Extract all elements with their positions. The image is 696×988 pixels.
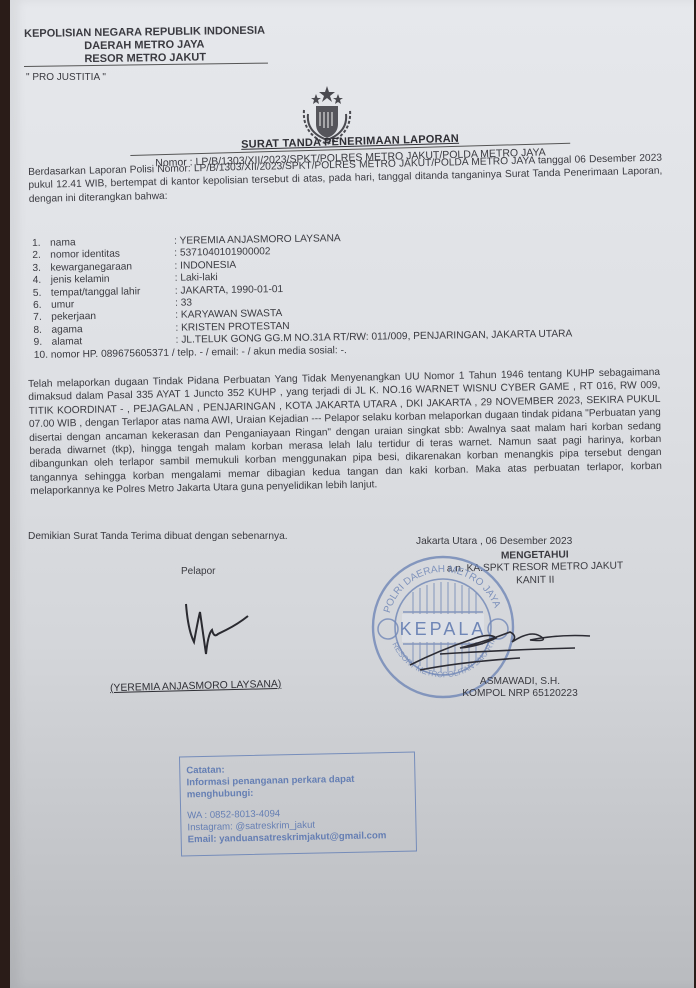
field-number: 8. (33, 324, 51, 337)
field-number: 7. (33, 312, 51, 325)
officer-signature-icon (400, 610, 600, 680)
officer-block: ASMAWADI, S.H. KOMPOL NRP 65120223 (440, 676, 600, 700)
field-value: : INDONESIA (174, 260, 236, 273)
field-number: 9. (34, 337, 52, 350)
field-value: : JAKARTA, 1990-01-01 (175, 284, 284, 298)
field-value: : 5371040101900002 (174, 247, 271, 261)
report-paragraph: Telah melaporkan dugaan Tindak Pidana Pe… (28, 366, 662, 499)
officer-rank: KOMPOL NRP 65120223 (440, 688, 600, 700)
place-date: Jakarta Utara , 06 Desember 2023 (416, 536, 572, 547)
pro-justitia: " PRO JUSTITIA " (26, 72, 106, 83)
closing-statement: Demikian Surat Tanda Terima dibuat denga… (28, 530, 428, 543)
reporter-fields: 1.nama: YEREMIA ANJASMORO LAYSANA2.nomor… (32, 230, 573, 362)
field-number: 4. (33, 275, 51, 288)
field-value: : Laki-laki (175, 272, 218, 285)
reporter-label: Pelapor (181, 566, 215, 577)
field-value: : 33 (175, 297, 192, 310)
letterhead: KEPOLISIAN NEGARA REPUBLIK INDONESIA DAE… (24, 25, 266, 67)
field-number: 1. (32, 238, 50, 251)
reporter-signature-icon (180, 600, 260, 660)
field-number: 6. (33, 300, 51, 313)
field-number: 3. (32, 262, 50, 275)
field-number: 2. (32, 250, 50, 263)
contact-note-stamp: Catatan: Informasi penanganan perkara da… (179, 752, 417, 857)
field-number: 5. (33, 287, 51, 300)
officer-name: ASMAWADI, S.H. (440, 676, 600, 688)
